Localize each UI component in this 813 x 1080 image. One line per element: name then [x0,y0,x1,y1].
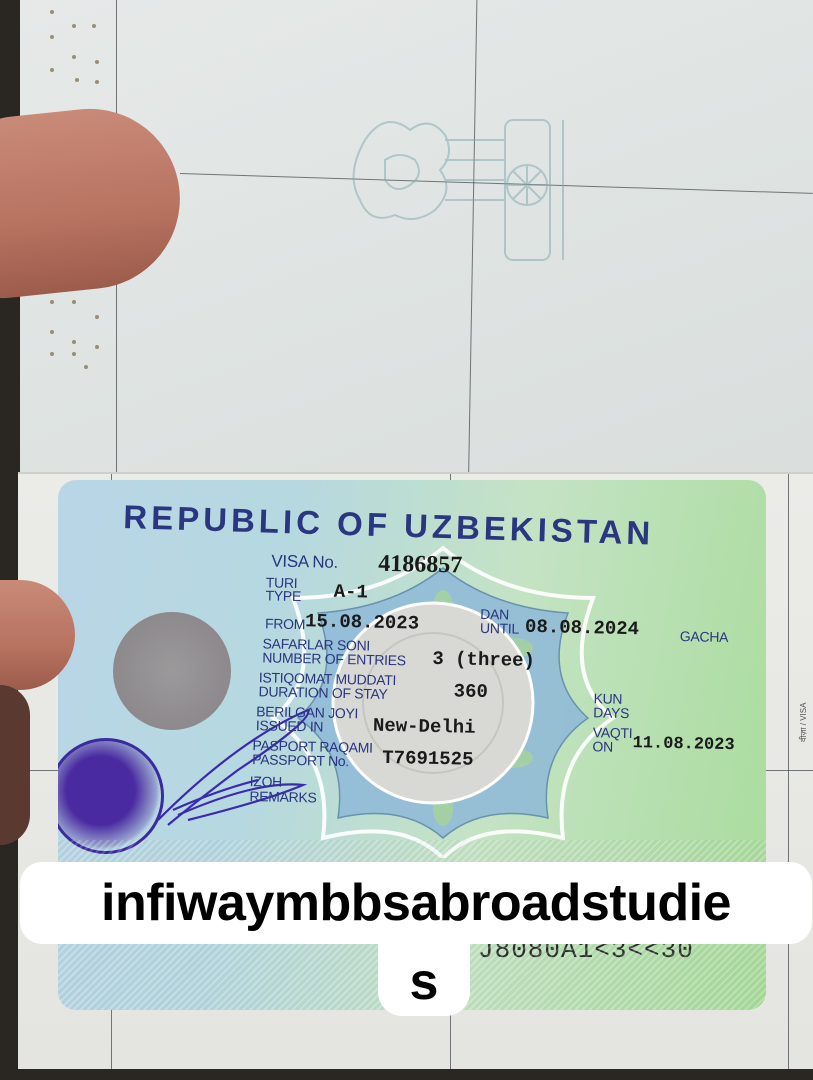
from-label: FROM [265,616,305,631]
duration-value: 360 [453,680,488,703]
caption-line-1: infiwaymbbsabroadstudie [101,873,731,933]
on-label-en: ON [592,739,613,753]
remarks-label-en: REMARKS [249,789,316,804]
entries-value: 3 (three) [432,648,535,672]
type-label-en: TYPE [265,588,301,603]
valid-from-value: 15.08.2023 [305,610,419,634]
until-label-en: UNTIL [480,621,519,636]
remarks-label-uz: IZOH [250,774,283,789]
days-label-en: DAYS [593,705,629,720]
visa-type-value: A-1 [333,581,368,604]
page-gridline [788,474,789,1069]
issued-on-value: 11.08.2023 [632,734,734,755]
visa-number-label: VISA No. [271,554,338,569]
national-emblem-watermark-icon [345,100,585,270]
passport-label-en: PASSPORT No. [252,752,349,768]
issued-in-value: New-Delhi [373,715,476,739]
duration-label-en: DURATION OF STAY [258,684,387,701]
valid-until-value: 08.08.2024 [525,616,639,640]
gacha-label: GACHA [680,629,729,644]
caption-line-2: s [410,952,439,1012]
issued-in-label-en: ISSUED IN [256,718,324,733]
visa-number-value: 4186857 [378,551,463,580]
passport-number-value: T7691525 [382,747,474,771]
caption-sticker: infiwaymbbsabroadstudie [20,862,812,944]
page-side-label: वीज़ा / VISA [798,703,809,742]
entries-label-en: NUMBER OF ENTRIES [262,650,406,667]
finger-shadow [0,685,30,845]
